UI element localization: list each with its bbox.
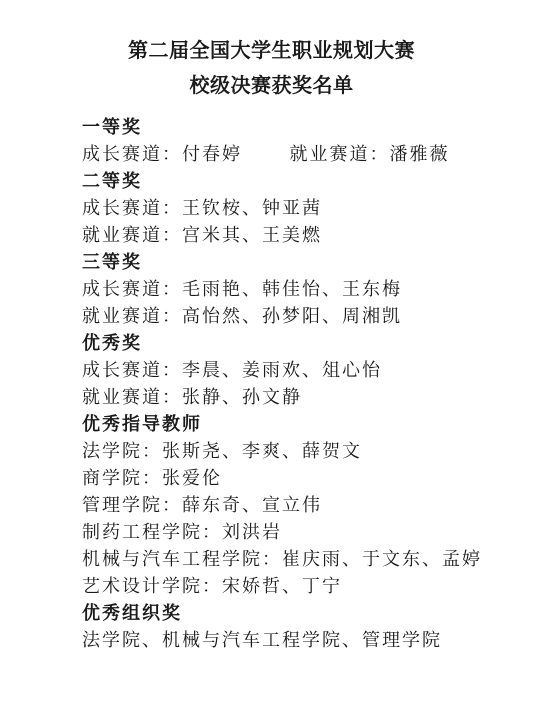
track-entry-employment: 就业赛道：张静、孙文静 — [82, 387, 302, 407]
award-row: 成长赛道：毛雨艳、韩佳怡、王东梅 — [82, 276, 513, 303]
award-row: 成长赛道：付春婷 就业赛道：潘雅薇 — [82, 141, 513, 168]
award-row: 商学院：张爱伦 — [82, 465, 513, 492]
award-row: 成长赛道：王钦桉、钟亚茜 — [82, 195, 513, 222]
award-row: 机械与汽车工程学院：崔庆雨、于文东、孟婷 — [82, 546, 513, 573]
track-entry-growth: 成长赛道：李晨、姜雨欢、俎心怡 — [82, 360, 382, 380]
advisor-entry-business-school: 商学院：张爱伦 — [82, 468, 222, 488]
track-entry-employment: 就业赛道：宫米其、王美燃 — [82, 225, 322, 245]
award-row: 法学院、机械与汽车工程学院、管理学院 — [82, 627, 513, 654]
document-page: 第二届全国大学生职业规划大赛 校级决赛获奖名单 一等奖 成长赛道：付春婷 就业赛… — [0, 0, 543, 707]
track-entry-employment: 就业赛道：高怡然、孙梦阳、周湘凯 — [82, 306, 402, 326]
award-row: 法学院：张斯尧、李爽、薛贺文 — [82, 438, 513, 465]
track-entry-growth: 成长赛道：付春婷 — [82, 141, 283, 168]
section-heading-third-prize: 三等奖 — [82, 249, 513, 276]
document-title: 第二届全国大学生职业规划大赛 校级决赛获奖名单 — [0, 34, 543, 104]
section-heading-outstanding-advisors: 优秀指导教师 — [82, 411, 513, 438]
title-line-1: 第二届全国大学生职业规划大赛 — [0, 34, 543, 69]
track-entry-employment: 就业赛道：潘雅薇 — [290, 144, 450, 164]
section-heading-second-prize: 二等奖 — [82, 168, 513, 195]
award-list: 一等奖 成长赛道：付春婷 就业赛道：潘雅薇 二等奖 成长赛道：王钦桉、钟亚茜 就… — [82, 114, 513, 654]
award-row: 成长赛道：李晨、姜雨欢、俎心怡 — [82, 357, 513, 384]
track-entry-growth: 成长赛道：毛雨艳、韩佳怡、王东梅 — [82, 279, 402, 299]
section-heading-first-prize: 一等奖 — [82, 114, 513, 141]
section-heading-outstanding-organization: 优秀组织奖 — [82, 600, 513, 627]
award-row: 就业赛道：高怡然、孙梦阳、周湘凯 — [82, 303, 513, 330]
award-row: 就业赛道：张静、孙文静 — [82, 384, 513, 411]
title-line-2: 校级决赛获奖名单 — [0, 69, 543, 104]
award-row: 就业赛道：宫米其、王美燃 — [82, 222, 513, 249]
award-row: 管理学院：薛东奇、宣立伟 — [82, 492, 513, 519]
organization-entry: 法学院、机械与汽车工程学院、管理学院 — [82, 630, 442, 650]
section-heading-excellence-prize: 优秀奖 — [82, 330, 513, 357]
award-row: 艺术设计学院：宋娇哲、丁宁 — [82, 573, 513, 600]
advisor-entry-law-school: 法学院：张斯尧、李爽、薛贺文 — [82, 441, 362, 461]
advisor-entry-management-school: 管理学院：薛东奇、宣立伟 — [82, 495, 322, 515]
award-row: 制药工程学院：刘洪岩 — [82, 519, 513, 546]
advisor-entry-art-design-school: 艺术设计学院：宋娇哲、丁宁 — [82, 576, 342, 596]
advisor-entry-pharmaceutical-engineering-school: 制药工程学院：刘洪岩 — [82, 522, 282, 542]
advisor-entry-mechanical-automotive-school: 机械与汽车工程学院：崔庆雨、于文东、孟婷 — [82, 549, 482, 569]
track-entry-growth: 成长赛道：王钦桉、钟亚茜 — [82, 198, 322, 218]
